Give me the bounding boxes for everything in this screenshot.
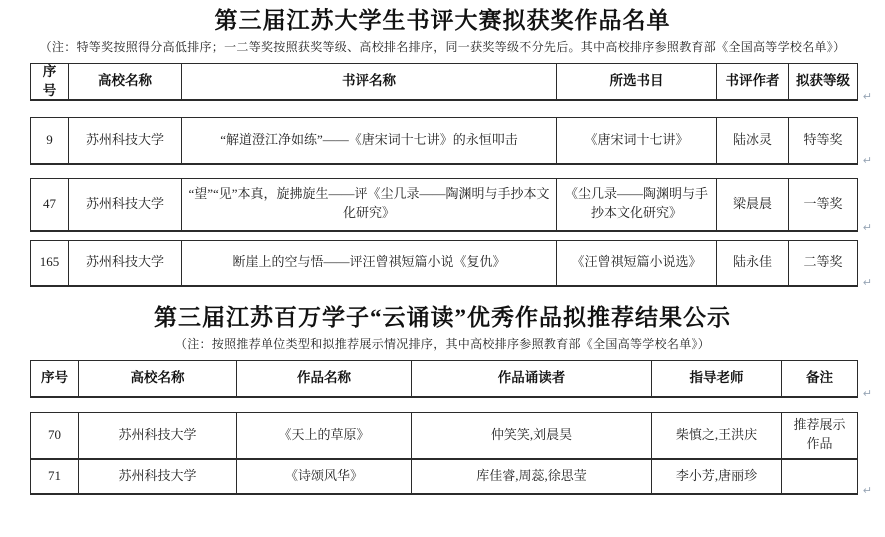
cell-university: 苏州科技大学	[68, 118, 181, 163]
cell-seq: 70	[31, 413, 78, 458]
header-cell-reciters: 作品诵读者	[411, 361, 651, 396]
cell-award-level: 二等奖	[788, 241, 857, 285]
header-cell-author: 书评作者	[716, 64, 788, 99]
line-break-mark: ↵	[863, 221, 872, 234]
cell-reciters: 仲笑笑,刘晨昊	[411, 413, 651, 458]
cell-author: 陆冰灵	[716, 118, 788, 163]
cell-university: 苏州科技大学	[68, 179, 181, 230]
cell-book: 《唐宋词十七讲》	[556, 118, 716, 163]
section1-title: 第三届江苏大学生书评大赛拟获奖作品名单	[0, 7, 885, 36]
recitation-table-row: 71 苏州科技大学 《诗颂风华》 库佳睿,周蕊,徐思莹 李小芳,唐丽珍 ↵	[30, 460, 858, 495]
cell-remarks: 推荐展示作品	[781, 413, 857, 458]
cell-review-title: “望”“见”本真，旋拂旋生——评《尘几录——陶渊明与手抄本文化研究》	[181, 179, 556, 230]
cell-book: 《尘几录——陶渊明与手抄本文化研究》	[556, 179, 716, 230]
cell-university: 苏州科技大学	[68, 241, 181, 285]
section1-note: （注：特等奖按照得分高低排序；一二等奖按照获奖等级、高校排名排序，同一获奖等级不…	[0, 38, 885, 55]
cell-work-title: 《诗颂风华》	[236, 460, 411, 493]
cell-advisors: 柴慎之,王洪庆	[651, 413, 781, 458]
cell-author: 陆永佳	[716, 241, 788, 285]
header-cell-award-level: 拟获等级	[788, 64, 857, 99]
cell-book: 《汪曾祺短篇小说选》	[556, 241, 716, 285]
document-page: 第三届江苏大学生书评大赛拟获奖作品名单 （注：特等奖按照得分高低排序；一二等奖按…	[0, 0, 885, 537]
awards-table-row: 165 苏州科技大学 断崖上的空与悟——评汪曾祺短篇小说《复仇》 《汪曾祺短篇小…	[30, 240, 858, 287]
line-break-mark: ↵	[863, 90, 872, 103]
header-cell-work-title: 作品名称	[236, 361, 411, 396]
recitation-table-row: 70 苏州科技大学 《天上的草原》 仲笑笑,刘晨昊 柴慎之,王洪庆 推荐展示作品	[30, 412, 858, 460]
cell-author: 梁晨晨	[716, 179, 788, 230]
cell-work-title: 《天上的草原》	[236, 413, 411, 458]
cell-seq: 71	[31, 460, 78, 493]
header-cell-book: 所选书目	[556, 64, 716, 99]
header-cell-review-title: 书评名称	[181, 64, 556, 99]
cell-seq: 165	[31, 241, 68, 285]
line-break-mark: ↵	[863, 276, 872, 289]
header-cell-university: 高校名称	[78, 361, 236, 396]
recitation-table: 序号 高校名称 作品名称 作品诵读者 指导老师 备注 ↵ 70 苏州科技大学 《…	[30, 360, 858, 495]
awards-table-row: 47 苏州科技大学 “望”“见”本真，旋拂旋生——评《尘几录——陶渊明与手抄本文…	[30, 178, 858, 232]
line-break-mark: ↵	[863, 387, 872, 400]
cell-reciters: 库佳睿,周蕊,徐思莹	[411, 460, 651, 493]
header-cell-remarks: 备注	[781, 361, 857, 396]
cell-review-title: 断崖上的空与悟——评汪曾祺短篇小说《复仇》	[181, 241, 556, 285]
awards-table: 序号 高校名称 书评名称 所选书目 书评作者 拟获等级 ↵ 9 苏州科技大学 “…	[30, 63, 858, 287]
awards-table-row: 9 苏州科技大学 “解道澄江净如练”——《唐宋词十七讲》的永恒叩击 《唐宋词十七…	[30, 117, 858, 165]
section2-title: 第三届江苏百万学子“云诵读”优秀作品拟推荐结果公示	[0, 304, 885, 333]
header-cell-university: 高校名称	[68, 64, 181, 99]
awards-table-header-row: 序号 高校名称 书评名称 所选书目 书评作者 拟获等级 ↵	[30, 63, 858, 101]
header-cell-advisors: 指导老师	[651, 361, 781, 396]
section2-note: （注：按照推荐单位类型和拟推荐展示情况排序，其中高校排序参照教育部《全国高等学校…	[0, 335, 885, 352]
cell-university: 苏州科技大学	[78, 460, 236, 493]
line-break-mark: ↵	[863, 154, 872, 167]
recitation-table-header-row: 序号 高校名称 作品名称 作品诵读者 指导老师 备注 ↵	[30, 360, 858, 398]
cell-advisors: 李小芳,唐丽珍	[651, 460, 781, 493]
cell-seq: 9	[31, 118, 68, 163]
header-cell-seq: 序号	[31, 64, 68, 99]
line-break-mark: ↵	[863, 484, 872, 497]
cell-review-title: “解道澄江净如练”——《唐宋词十七讲》的永恒叩击	[181, 118, 556, 163]
cell-award-level: 一等奖	[788, 179, 857, 230]
cell-seq: 47	[31, 179, 68, 230]
cell-remarks	[781, 460, 857, 493]
header-cell-seq: 序号	[31, 361, 78, 396]
cell-award-level: 特等奖	[788, 118, 857, 163]
cell-university: 苏州科技大学	[78, 413, 236, 458]
